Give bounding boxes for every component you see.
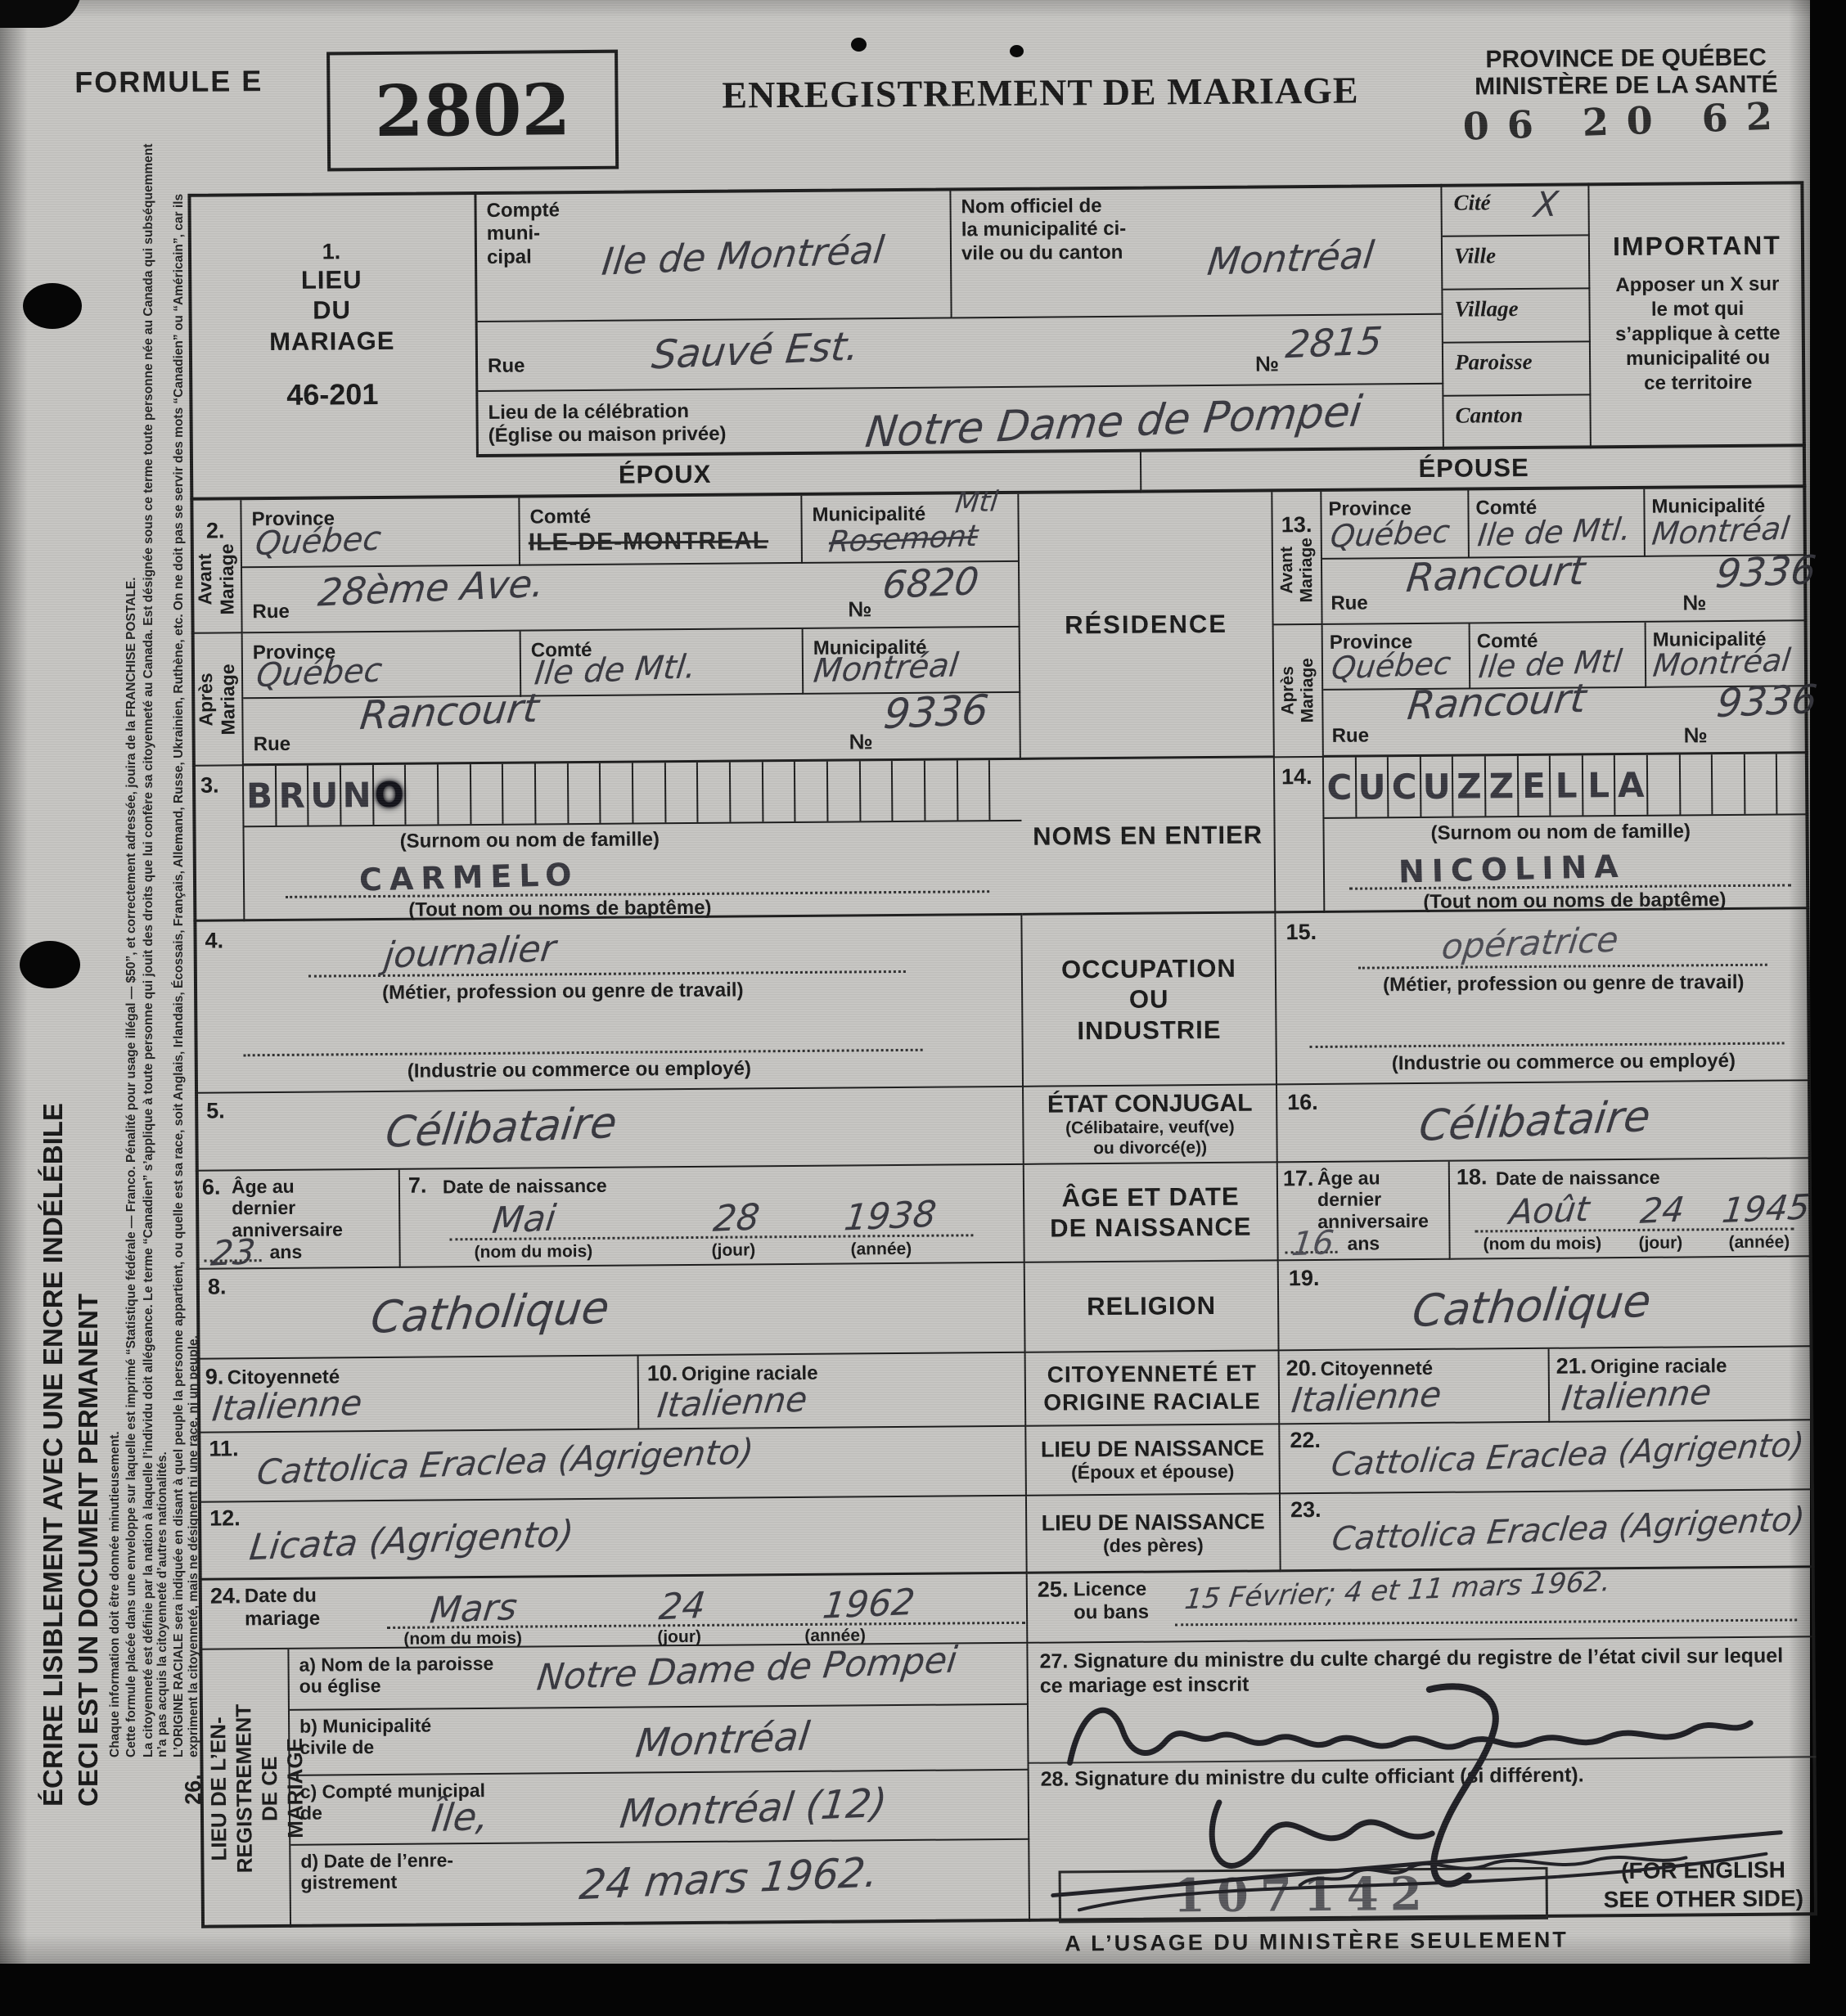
dob-month-value: Mai	[490, 1200, 557, 1240]
epoux-origine-cell: 10. Origine raciale Italienne	[639, 1353, 1027, 1430]
mariage-year-value: 1962	[821, 1585, 916, 1625]
surname-letter-box: R	[277, 766, 309, 826]
ans-label: ans	[1347, 1232, 1380, 1254]
dob-year-value: 1938	[842, 1197, 938, 1237]
epoux-surname-letter-boxes: BRUNO	[244, 760, 1022, 827]
important-cell: IMPORTANT Apposer un X sur le mot qui s’…	[1589, 181, 1806, 448]
surname-letter-box	[666, 763, 699, 822]
no-value: 6820	[880, 562, 980, 604]
origine-value: Italienne	[655, 1382, 809, 1423]
section1-rue-cell: Rue Sauvé Est. № 2815	[478, 315, 1444, 392]
etat-value: Célibataire	[384, 1102, 619, 1154]
annee-caption: (année)	[1728, 1232, 1790, 1252]
section26-label-cell: 26. LIEU DE L’EN- REGISTREMENT DE CE MAR…	[199, 1649, 291, 1928]
province-value: Québec	[254, 654, 384, 692]
epoux-naissance-cell: 11. Cattolica Eraclea (Agrigento)	[197, 1427, 1027, 1503]
surname-letter-box	[763, 762, 796, 821]
epouse-avant-comte-cell: Comté Ile de Mtl.	[1469, 489, 1646, 559]
epouse-naissance-pere-cell: 23. Cattolica Eraclea (Agrigento)	[1281, 1490, 1815, 1572]
epoux-religion-cell: 8. Catholique	[196, 1263, 1026, 1360]
epouse-avant-row-label: 13. Avant Mariage	[1272, 492, 1322, 625]
municipalite-value: Montréal	[812, 649, 960, 688]
no-label: №	[1682, 591, 1706, 614]
item-number: 10.	[647, 1361, 678, 1385]
metier-caption: (Métier, profession ou genre de travail)	[1383, 972, 1745, 997]
item-number: 7.	[408, 1173, 427, 1199]
naissance-peres-center-cell: LIEU DE NAISSANCE (des pères)	[1027, 1494, 1281, 1573]
no-value: 9336	[882, 689, 991, 735]
compte-municipal-row: c) Compté municipal de Île, Montréal (12…	[290, 1771, 1030, 1846]
epouse-origine-cell: 21. Origine raciale Italienne	[1550, 1347, 1814, 1423]
epoux-header: ÉPOUX	[190, 452, 1141, 501]
item-number: 2.	[206, 518, 225, 543]
epouse-avant-province-cell: Province Québec	[1321, 491, 1470, 560]
occupation-ou-industrie-label: OCCUPATION OU INDUSTRIE	[1061, 953, 1237, 1046]
licence-value: 15 Février; 4 et 11 mars 1962.	[1183, 1568, 1612, 1613]
surname-letter-box	[958, 760, 991, 820]
municipalite-civile-row: b) Municipalité civile de Montréal	[290, 1705, 1029, 1776]
compte-municipal-value-1: Île,	[430, 1797, 491, 1837]
dob-day-value: 24	[1638, 1192, 1686, 1229]
surname-letter-box	[1745, 754, 1778, 814]
epoux-given-name-cell: (Surnom ou nom de famille) CARMELO (Tout…	[244, 821, 1022, 921]
dob-month-value: Août	[1507, 1192, 1591, 1230]
item-number: 15.	[1285, 920, 1317, 945]
mois-caption: (nom du mois)	[1483, 1234, 1601, 1253]
epoux-apres-municipalite-cell: Municipalité Montréal	[804, 628, 1021, 695]
epouse-dob-cell: 18. Date de naissance Août 24 1945 (nom …	[1450, 1159, 1812, 1259]
mariage-month-value: Mars	[428, 1590, 519, 1630]
date-mariage-cell: 24. Date du mariage Mars 24 1962 (nom du…	[199, 1574, 1029, 1650]
surname-letter-box	[569, 763, 601, 823]
surname-letter-box	[925, 760, 958, 820]
no-value: 2815	[1284, 322, 1384, 363]
epouse-header: ÉPOUSE	[1141, 447, 1806, 493]
punch-hole	[23, 283, 82, 329]
annee-caption: (année)	[850, 1240, 912, 1259]
form-number-box: 2802	[326, 50, 619, 172]
naissance-couple-center-cell: LIEU DE NAISSANCE (Époux et épouse)	[1026, 1424, 1281, 1496]
item-number: 11.	[209, 1436, 238, 1461]
form-code: 46-201	[286, 377, 378, 412]
surname-letter-box	[828, 761, 861, 821]
epouse-header-label: ÉPOUSE	[1418, 452, 1529, 484]
item-number: 3.	[200, 773, 219, 798]
item-number: 24.	[210, 1583, 241, 1609]
compte-municipal-value: Ile de Montréal	[600, 231, 886, 281]
lieu-naissance-sub: (des pères)	[1103, 1535, 1204, 1556]
metier-caption: (Métier, profession ou genre de travail)	[382, 980, 744, 1005]
rue-label: Rue	[254, 733, 291, 755]
given-name-value: NICOLINA	[1398, 851, 1627, 888]
epouse-religion-cell: 19. Catholique	[1279, 1257, 1813, 1351]
surname-letter-box: U	[308, 765, 341, 825]
epouse-name-number-cell: 14.	[1275, 758, 1325, 913]
age-value: 23	[209, 1235, 257, 1271]
rue-value: 28ème Ave.	[316, 565, 546, 612]
surname-letter-box	[1680, 754, 1713, 814]
rue-value: Rancourt	[1406, 679, 1588, 727]
form-number: 2802	[375, 69, 571, 153]
paroisse-row: a) Nom de la paroisse ou église Notre Da…	[289, 1644, 1029, 1711]
ministry-use-note: A L’USAGE DU MINISTÈRE SEULEMENT	[1065, 1928, 1569, 1957]
section1-label-cell: 1. LIEU DU MARIAGE 46-201	[187, 191, 479, 460]
date-enregistrement-value: 24 mars 1962.	[578, 1852, 880, 1906]
item-number: 5.	[206, 1098, 225, 1123]
surname-letter-box: Z	[1486, 756, 1519, 816]
epoux-dob-cell: 7. Date de naissance Mai 28 1938 (nom du…	[400, 1165, 1025, 1268]
scanned-marriage-registration: ÉCRIRE LISIBLEMENT AVEC UNE ENCRE INDÉLÉ…	[0, 0, 1846, 2016]
surname-letter-box	[1777, 754, 1808, 813]
epoux-avant-comte-cell: Comté ILE-DE-MONTREAL	[520, 496, 803, 566]
epoux-naissance-pere-cell: 12. Licata (Agrigento)	[198, 1496, 1028, 1581]
surname-letter-box	[633, 763, 666, 822]
item-number: 13.	[1281, 512, 1312, 538]
annee-caption: (année)	[804, 1626, 866, 1645]
item-number: 21.	[1556, 1353, 1587, 1378]
naissance-pere-value: Licata (Agrigento)	[248, 1516, 576, 1566]
municipalite-civile-value: Montréal	[633, 1717, 811, 1763]
lieu-du-mariage-label: LIEU DU MARIAGE	[268, 264, 394, 357]
jour-caption: (jour)	[711, 1240, 755, 1260]
punch-hole	[20, 941, 80, 988]
mois-caption: (nom du mois)	[403, 1629, 522, 1649]
origine-value: Italienne	[1560, 1375, 1713, 1416]
item-number: 1.	[322, 240, 341, 265]
surnom-caption: (Surnom ou nom de famille)	[400, 829, 660, 853]
important-body: Apposer un X sur le mot qui s’applique à…	[1615, 272, 1781, 397]
item-number: 19.	[1289, 1266, 1320, 1291]
village-label: Village	[1454, 296, 1518, 322]
surname-letter-box: C	[1324, 758, 1357, 817]
etat-value: Célibataire	[1417, 1096, 1653, 1148]
surname-letter-box	[893, 761, 925, 821]
compte-municipal-cell: Compté muni- cipal Ile de Montréal	[476, 187, 952, 322]
comte-stamped-value: ILE-DE-MONTREAL	[529, 527, 769, 556]
citoyennete-value: Italienne	[210, 1386, 364, 1427]
dob-year-value: 1945	[1720, 1190, 1812, 1228]
surname-letter-box	[471, 764, 504, 824]
compte-municipal-value-2: Montréal (12)	[618, 1784, 889, 1834]
item-number: 25.	[1038, 1577, 1069, 1602]
citoyennete-center-cell: CITOYENNETÉ ET ORIGINE RACIALE	[1026, 1351, 1281, 1426]
mariage-day-value: 24	[657, 1588, 707, 1627]
epoux-avant-municipalite-cell: Municipalité Mtl Rosemont	[802, 494, 1020, 564]
epouse-naissance-cell: 22. Cattolica Eraclea (Agrigento)	[1280, 1420, 1814, 1494]
occupation-value: journalier	[382, 931, 557, 974]
surname-letter-box: U	[1421, 757, 1454, 817]
territory-village-cell: Village	[1443, 289, 1591, 343]
given-name-value: CARMELO	[359, 859, 579, 896]
etat-conjugal-sub: (Célibataire, veuf(ve) ou divorcé(e))	[1065, 1118, 1235, 1159]
item-number: 8.	[208, 1274, 227, 1299]
surname-letter-box: A	[1615, 755, 1648, 815]
mois-caption: (nom du mois)	[474, 1242, 592, 1262]
no-label: №	[849, 730, 873, 754]
margin-fine-print: La citoyenneté est définie par la nation…	[142, 137, 170, 1757]
nom-officiel-cell: Nom officiel de la municipalité ci- vile…	[951, 184, 1443, 319]
epoux-apres-comte-cell: Comté Ile de Mtl.	[521, 629, 804, 697]
age-value: 16	[1290, 1226, 1335, 1261]
surname-letter-box: O	[374, 765, 407, 825]
epoux-age-cell: 6. Âge au dernier anniversaire 23 ans	[196, 1170, 401, 1270]
province-value: Québec	[254, 522, 383, 560]
surname-letter-box: C	[1389, 757, 1421, 817]
municipalite-crossed-value: Rosemont	[827, 522, 979, 558]
epouse-apres-province-cell: Province Québec	[1323, 624, 1471, 691]
item-number: 9.	[205, 1365, 224, 1389]
no-value: 9336	[1713, 551, 1818, 595]
no-label: №	[1684, 723, 1708, 747]
lieu-naissance-sub: (Époux et épouse)	[1071, 1461, 1235, 1483]
epouse-surname-letter-boxes: CUCUZZELLA	[1324, 754, 1809, 819]
residence-label: RÉSIDENCE	[1065, 609, 1227, 641]
date-enregistrement-row: d) Date de l’enre- gistrement 24 mars 19…	[290, 1840, 1030, 1928]
surname-letter-box	[795, 762, 828, 821]
lieu-naissance-label: LIEU DE NAISSANCE	[1041, 1436, 1264, 1463]
surname-letter-box: U	[1356, 757, 1389, 817]
surname-letter-box	[1713, 754, 1745, 814]
occupation-center-cell: OCCUPATION OU INDUSTRIE	[1022, 913, 1277, 1087]
surname-letter-box	[1648, 755, 1681, 815]
date-mariage-label: Date du mariage	[245, 1585, 321, 1631]
age-et-date-label: ÂGE ET DATE DE NAISSANCE	[1050, 1181, 1252, 1243]
epouse-apres-row-label: Après Mariage	[1274, 625, 1324, 758]
epouse-avant-municipalite-cell: Municipalité Montréal	[1645, 488, 1807, 557]
age-label: Âge au dernier anniversaire	[1317, 1167, 1443, 1233]
licence-label: Licence ou bans	[1074, 1578, 1149, 1625]
age-center-cell: ÂGE ET DATE DE NAISSANCE	[1024, 1163, 1279, 1262]
sig28-signature-scrawl	[1029, 1784, 1817, 1922]
dob-label: Date de naissance	[443, 1175, 607, 1198]
religion-value: Catholique	[1410, 1279, 1653, 1334]
important-title: IMPORTANT	[1613, 231, 1781, 263]
signature-region: 27. Signature du ministre du culte charg…	[1028, 1637, 1817, 1922]
item-number: 14.	[1281, 764, 1312, 789]
surname-letter-box	[731, 762, 763, 821]
territory-cite-cell: Cité X	[1442, 182, 1590, 236]
rue-label: Rue	[1332, 724, 1370, 746]
epoux-avant-rue-cell: Rue 28ème Ave. № 6820	[242, 562, 1020, 633]
lieu-naissance-label: LIEU DE NAISSANCE	[1042, 1509, 1265, 1536]
province-line: PROVINCE DE QUÉBEC	[1449, 43, 1803, 73]
surname-letter-box: E	[1518, 756, 1551, 816]
item-number: 12.	[209, 1505, 241, 1531]
no-label: №	[848, 597, 871, 621]
canton-label: Canton	[1455, 403, 1523, 428]
epoux-etat-cell: 5. Célibataire	[195, 1087, 1024, 1172]
occupation-value: opératrice	[1440, 922, 1620, 964]
scan-dot	[851, 38, 867, 52]
territory-paroisse-cell: Paroisse	[1443, 342, 1592, 396]
etat-conjugal-label: ÉTAT CONJUGAL	[1047, 1090, 1253, 1119]
surname-letter-box	[990, 760, 1021, 820]
item-number: 16.	[1287, 1090, 1318, 1115]
surnom-caption: (Surnom ou nom de famille)	[1430, 821, 1691, 844]
item-number: 6.	[202, 1175, 221, 1200]
dob-label: Date de naissance	[1496, 1167, 1660, 1190]
province-value: Québec	[1329, 515, 1452, 551]
epoux-apres-rue-cell: Rue Rancourt № 9336	[243, 693, 1021, 766]
municipalite-value: Montréal	[1650, 512, 1791, 549]
citoyennete-origine-label: CITOYENNETÉ ET ORIGINE RACIALE	[1043, 1360, 1261, 1416]
rue-value: Rancourt	[1404, 551, 1587, 599]
dob-day-value: 28	[711, 1199, 761, 1238]
naissance-pere-value: Cattolica Eraclea (Agrigento)	[1330, 1503, 1807, 1556]
epouse-avant-rue-cell: Rue Rancourt № 9336	[1322, 556, 1808, 625]
surname-letter-box	[698, 763, 731, 822]
industrie-caption: (Industrie ou commerce ou employé)	[407, 1058, 751, 1082]
noms-center-cell: NOMS EN ENTIER	[1021, 758, 1276, 915]
noms-en-entier-label: NOMS EN ENTIER	[1033, 819, 1263, 851]
municipalite-value: Mtl	[954, 488, 1000, 517]
margin-fine-print: Chaque information doit être donnée minu…	[108, 137, 122, 1757]
paper-sheet: ÉCRIRE LISIBLEMENT AVEC UNE ENCRE INDÉLÉ…	[0, 0, 1810, 1964]
epouse-age-cell: 17. Âge au dernier anniversaire 16 ans	[1278, 1162, 1451, 1262]
epouse-citoyennete-cell: 20. Citoyenneté Italienne	[1280, 1349, 1551, 1425]
jour-caption: (jour)	[1638, 1234, 1682, 1253]
rue-value: Sauvé Est.	[650, 326, 861, 375]
religion-label: RELIGION	[1087, 1290, 1216, 1321]
religion-value: Catholique	[368, 1285, 611, 1340]
ville-label: Ville	[1454, 243, 1496, 268]
citoyennete-value: Italienne	[1290, 1377, 1443, 1418]
jour-caption: (jour)	[657, 1627, 701, 1647]
surname-letter-box	[861, 761, 894, 821]
item-number: 17.	[1283, 1166, 1314, 1191]
item-number: 22.	[1290, 1428, 1321, 1453]
epoux-occupation-cell: 4. journalier (Métier, profession ou gen…	[193, 916, 1024, 1094]
religion-center-cell: RELIGION	[1025, 1261, 1280, 1352]
municipalite-value: Montréal	[1651, 644, 1792, 681]
item-number: 23.	[1290, 1497, 1321, 1523]
epoux-header-label: ÉPOUX	[619, 459, 712, 490]
industrie-caption: (Industrie ou commerce ou employé)	[1392, 1051, 1736, 1075]
rue-label: Rue	[1330, 592, 1368, 614]
cite-x-mark: X	[1533, 187, 1560, 222]
cite-label: Cité	[1453, 190, 1490, 214]
rue-label: Rue	[488, 355, 525, 377]
epoux-avant-province-cell: Province Québec	[241, 498, 520, 569]
no-value: 9336	[1715, 680, 1820, 724]
section1-celebration-cell: Lieu de la célébration (Église ou maison…	[478, 385, 1444, 457]
no-label: №	[1255, 352, 1279, 376]
surname-letter-box	[601, 763, 633, 823]
avant-mariage-label: Avant Mariage	[1277, 538, 1317, 603]
rue-label: Rue	[252, 601, 290, 623]
epouse-etat-cell: 16. Célibataire	[1277, 1081, 1812, 1163]
comte-value: Ile de Mtl.	[533, 650, 697, 691]
nom-officiel-value: Montréal	[1205, 236, 1375, 281]
surname-letter-box: B	[244, 766, 277, 826]
surname-letter-box	[536, 763, 569, 823]
surname-letter-box: N	[341, 765, 374, 825]
surname-letter-box	[406, 764, 439, 824]
surname-letter-box: L	[1583, 755, 1616, 815]
comte-label: Comté	[529, 506, 591, 529]
sig27-signature-scrawl	[1045, 1676, 1782, 1780]
margin-bold-line: CECI EST UN DOCUMENT PERMANENT	[73, 84, 105, 1807]
territory-ville-cell: Ville	[1443, 236, 1591, 290]
paroisse-label: Paroisse	[1455, 349, 1533, 375]
item-number: 20.	[1286, 1356, 1317, 1380]
ans-label: ans	[269, 1241, 302, 1263]
rue-value: Rancourt	[358, 689, 541, 736]
scan-dot	[1010, 45, 1024, 57]
margin-fine-print: L’ORIGINE RACIALE sera indiquée en disan…	[172, 137, 200, 1757]
residence-center-cell: RÉSIDENCE	[1019, 492, 1275, 759]
epouse-apres-rue-cell: Rue Rancourt № 9336	[1323, 686, 1808, 758]
item-number: 4.	[205, 928, 223, 953]
epouse-given-name-cell: (Surnom ou nom de famille) NICOLINA (Tou…	[1324, 815, 1809, 913]
surname-letter-box: Z	[1453, 756, 1486, 816]
item-number: 18.	[1457, 1164, 1488, 1190]
territory-canton-cell: Canton	[1443, 395, 1592, 449]
etat-center-cell: ÉTAT CONJUGAL (Célibataire, veuf(ve) ou …	[1024, 1085, 1278, 1164]
epoux-citoyennete-cell: 9. Citoyenneté Italienne	[197, 1357, 640, 1433]
comte-value: Ile de Mtl.	[1476, 513, 1632, 551]
surname-letter-box: L	[1551, 755, 1583, 815]
surname-letter-box	[439, 764, 471, 824]
apres-mariage-label: Après Mariage	[1278, 658, 1318, 723]
surname-letter-box	[503, 763, 536, 823]
naissance-value: Cattolica Eraclea (Agrigento)	[1330, 1429, 1806, 1482]
margin-fine-print: Cette formule placée dans une enveloppe …	[124, 137, 138, 1757]
province-value: Québec	[1330, 647, 1452, 683]
licence-cell: 25. Licence ou bans 15 Février; 4 et 11 …	[1028, 1568, 1816, 1644]
form-title: ENREGISTREMENT DE MARIAGE	[713, 68, 1367, 116]
date-stamp: 06 20 62	[1449, 93, 1804, 150]
epouse-occupation-cell: 15. opératrice (Métier, profession ou ge…	[1276, 909, 1811, 1085]
naissance-value: Cattolica Eraclea (Agrigento)	[255, 1434, 755, 1490]
